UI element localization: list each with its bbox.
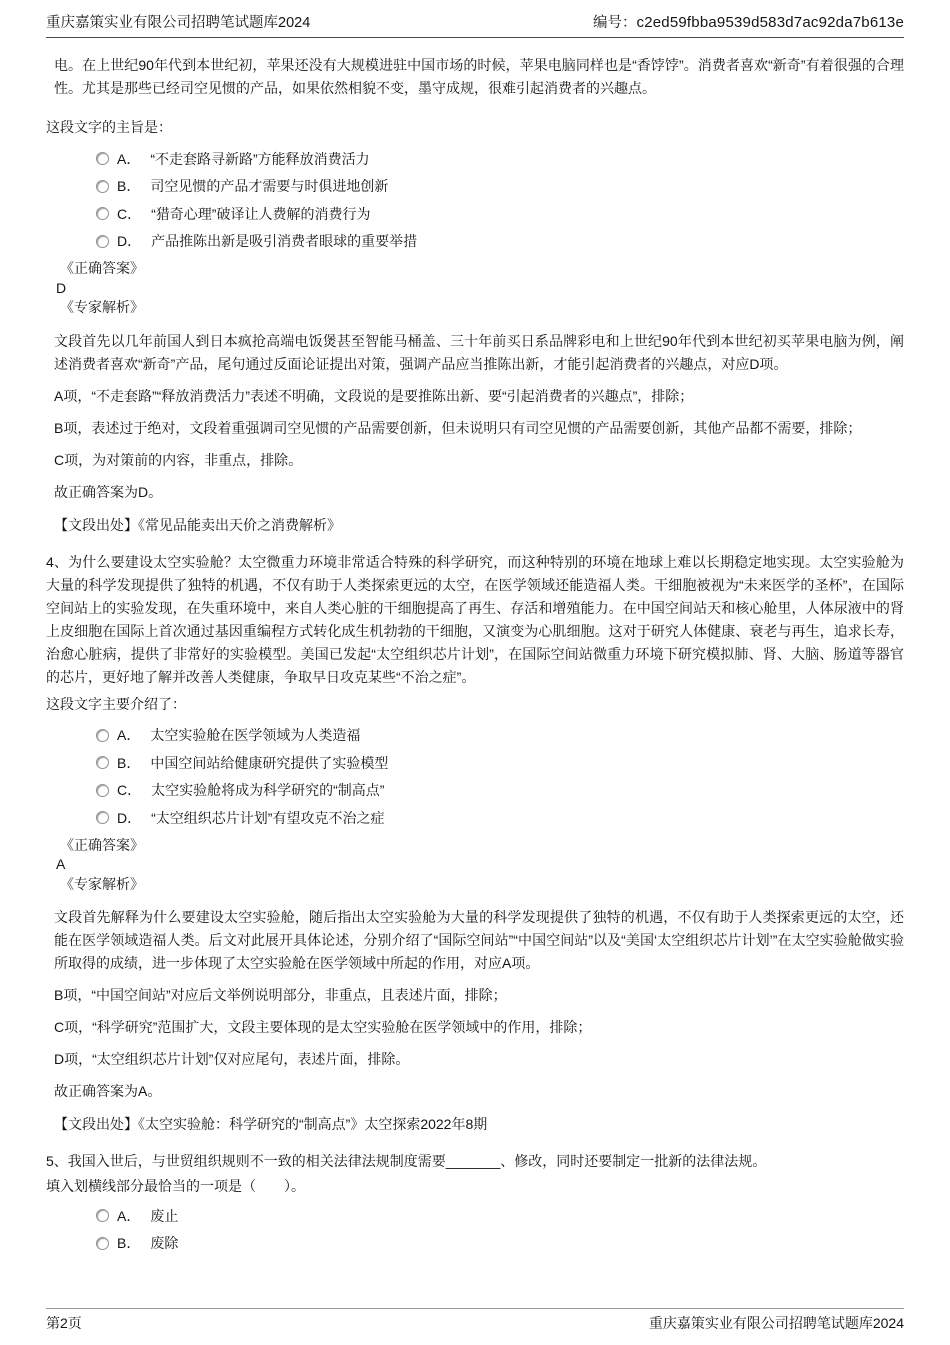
analysis-paragraph: C项，为对策前的内容，非重点，排除。: [54, 449, 904, 472]
answer-label: 《正确答案》: [60, 259, 904, 279]
analysis-paragraph: B项，表述过于绝对，文段着重强调司空见惯的产品需要创新，但未说明只有司空见惯的产…: [54, 417, 904, 440]
option-letter: A．: [117, 725, 140, 745]
option-letter: C．: [117, 780, 141, 800]
analysis-conclusion: 故正确答案为D。: [54, 481, 904, 504]
question-prompt: 填入划横线部分最恰当的一项是（ ）。: [46, 1175, 904, 1198]
option-text: 废除: [150, 1233, 178, 1253]
option-row[interactable]: D． 产品推陈出新是吸引消费者眼球的重要举措: [46, 228, 904, 256]
analysis-label: 《专家解析》: [60, 875, 904, 895]
option-letter: A．: [117, 1206, 140, 1226]
footer-title: 重庆嘉策实业有限公司招聘笔试题库2024: [649, 1313, 904, 1333]
radio-button[interactable]: [96, 729, 109, 742]
option-letter: B．: [117, 176, 140, 196]
option-row[interactable]: A． 废止: [46, 1202, 904, 1230]
document-page: 重庆嘉策实业有限公司招聘笔试题库2024 编号：c2ed59fbba9539d5…: [0, 0, 950, 1345]
analysis-conclusion: 故正确答案为A。: [54, 1080, 904, 1103]
analysis-paragraph: D项，“太空组织芯片计划”仅对应尾句，表述片面，排除。: [54, 1048, 904, 1071]
option-letter: C．: [117, 204, 141, 224]
options-group: A． 太空实验舱在医学领域为人类造福 B． 中国空间站给健康研究提供了实验模型 …: [46, 722, 904, 832]
radio-button[interactable]: [96, 180, 109, 193]
header-title: 重庆嘉策实业有限公司招聘笔试题库2024: [46, 11, 310, 32]
answer-value: D: [56, 279, 904, 299]
option-text: 太空实验舱将成为科学研究的“制高点”: [151, 780, 384, 800]
option-text: “太空组织芯片计划”有望攻克不治之症: [151, 808, 384, 828]
analysis-paragraph: 文段首先以几年前国人到日本疯抢高端电饭煲甚至智能马桶盖、三十年前买日系品牌彩电和…: [54, 330, 904, 376]
option-row[interactable]: B． 中国空间站给健康研究提供了实验模型: [46, 749, 904, 777]
question-prompt: 这段文字主要介绍了：: [46, 693, 904, 716]
options-group: A． “不走套路寻新路”方能释放消费活力 B． 司空见惯的产品才需要与时俱进地创…: [46, 145, 904, 255]
option-text: 太空实验舱在医学领域为人类造福: [150, 725, 360, 745]
option-letter: D．: [117, 231, 141, 251]
option-row[interactable]: C． 太空实验舱将成为科学研究的“制高点”: [46, 777, 904, 805]
question-passage: 4、为什么要建设太空实验舱？太空微重力环境非常适合特殊的科学研究，而这种特别的环…: [46, 551, 904, 689]
analysis-paragraph: B项，“中国空间站”对应后文举例说明部分，非重点，且表述片面，排除；: [54, 984, 904, 1007]
question-prompt: 这段文字的主旨是：: [46, 116, 904, 139]
radio-button[interactable]: [96, 152, 109, 165]
answer-value: A: [56, 855, 904, 875]
option-text: 产品推陈出新是吸引消费者眼球的重要举措: [151, 231, 417, 251]
page-footer: 第2页 重庆嘉策实业有限公司招聘笔试题库2024: [46, 1308, 904, 1333]
option-letter: D．: [117, 808, 141, 828]
option-row[interactable]: B． 司空见惯的产品才需要与时俱进地创新: [46, 173, 904, 201]
analysis-paragraph: C项，“科学研究”范围扩大，文段主要体现的是太空实验舱在医学领域中的作用，排除；: [54, 1016, 904, 1039]
radio-button[interactable]: [96, 756, 109, 769]
radio-button[interactable]: [96, 784, 109, 797]
analysis-label: 《专家解析》: [60, 298, 904, 318]
option-row[interactable]: A． 太空实验舱在医学领域为人类造福: [46, 722, 904, 750]
serial-number: 编号：c2ed59fbba9539d583d7ac92da7b613e: [593, 11, 904, 32]
option-letter: A．: [117, 149, 140, 169]
option-row[interactable]: D． “太空组织芯片计划”有望攻克不治之症: [46, 804, 904, 832]
option-letter: B．: [117, 753, 140, 773]
option-text: 司空见惯的产品才需要与时俱进地创新: [150, 176, 388, 196]
radio-button[interactable]: [96, 811, 109, 824]
option-row[interactable]: B． 废除: [46, 1230, 904, 1258]
page-header: 重庆嘉策实业有限公司招聘笔试题库2024 编号：c2ed59fbba9539d5…: [46, 11, 904, 38]
radio-button[interactable]: [96, 1237, 109, 1250]
options-group: A． 废止 B． 废除: [46, 1202, 904, 1257]
radio-button[interactable]: [96, 207, 109, 220]
analysis-paragraph: 文段首先解释为什么要建设太空实验舱，随后指出太空实验舱为大量的科学发现提供了独特…: [54, 906, 904, 975]
analysis-paragraph: A项，“不走套路”“释放消费活力”表述不明确，文段说的是要推陈出新、要“引起消费…: [54, 385, 904, 408]
footer-page-number: 第2页: [46, 1313, 82, 1333]
radio-button[interactable]: [96, 235, 109, 248]
option-letter: B．: [117, 1233, 140, 1253]
option-text: “不走套路寻新路”方能释放消费活力: [150, 149, 369, 169]
question-passage: 电。在上世纪90年代到本世纪初，苹果还没有大规模进驻中国市场的时候，苹果电脑同样…: [54, 54, 904, 100]
option-text: 中国空间站给健康研究提供了实验模型: [150, 753, 388, 773]
option-row[interactable]: A． “不走套路寻新路”方能释放消费活力: [46, 145, 904, 173]
option-row[interactable]: C． “猎奇心理”破译让人费解的消费行为: [46, 200, 904, 228]
option-text: “猎奇心理”破译让人费解的消费行为: [151, 204, 370, 224]
option-text: 废止: [150, 1206, 178, 1226]
serial-code: c2ed59fbba9539d583d7ac92da7b613e: [637, 14, 905, 31]
answer-label: 《正确答案》: [60, 836, 904, 856]
question-passage: 5、我国入世后，与世贸组织规则不一致的相关法律法规制度需要_______、修改，…: [46, 1150, 904, 1173]
passage-source: 【文段出处】《常见品能卖出天价之消费解析》: [54, 514, 904, 537]
radio-button[interactable]: [96, 1209, 109, 1222]
passage-source: 【文段出处】《太空实验舱：科学研究的“制高点”》太空探索2022年8期: [54, 1113, 904, 1136]
serial-label: 编号：: [593, 15, 637, 31]
page-content: 电。在上世纪90年代到本世纪初，苹果还没有大规模进驻中国市场的时候，苹果电脑同样…: [46, 40, 904, 1257]
